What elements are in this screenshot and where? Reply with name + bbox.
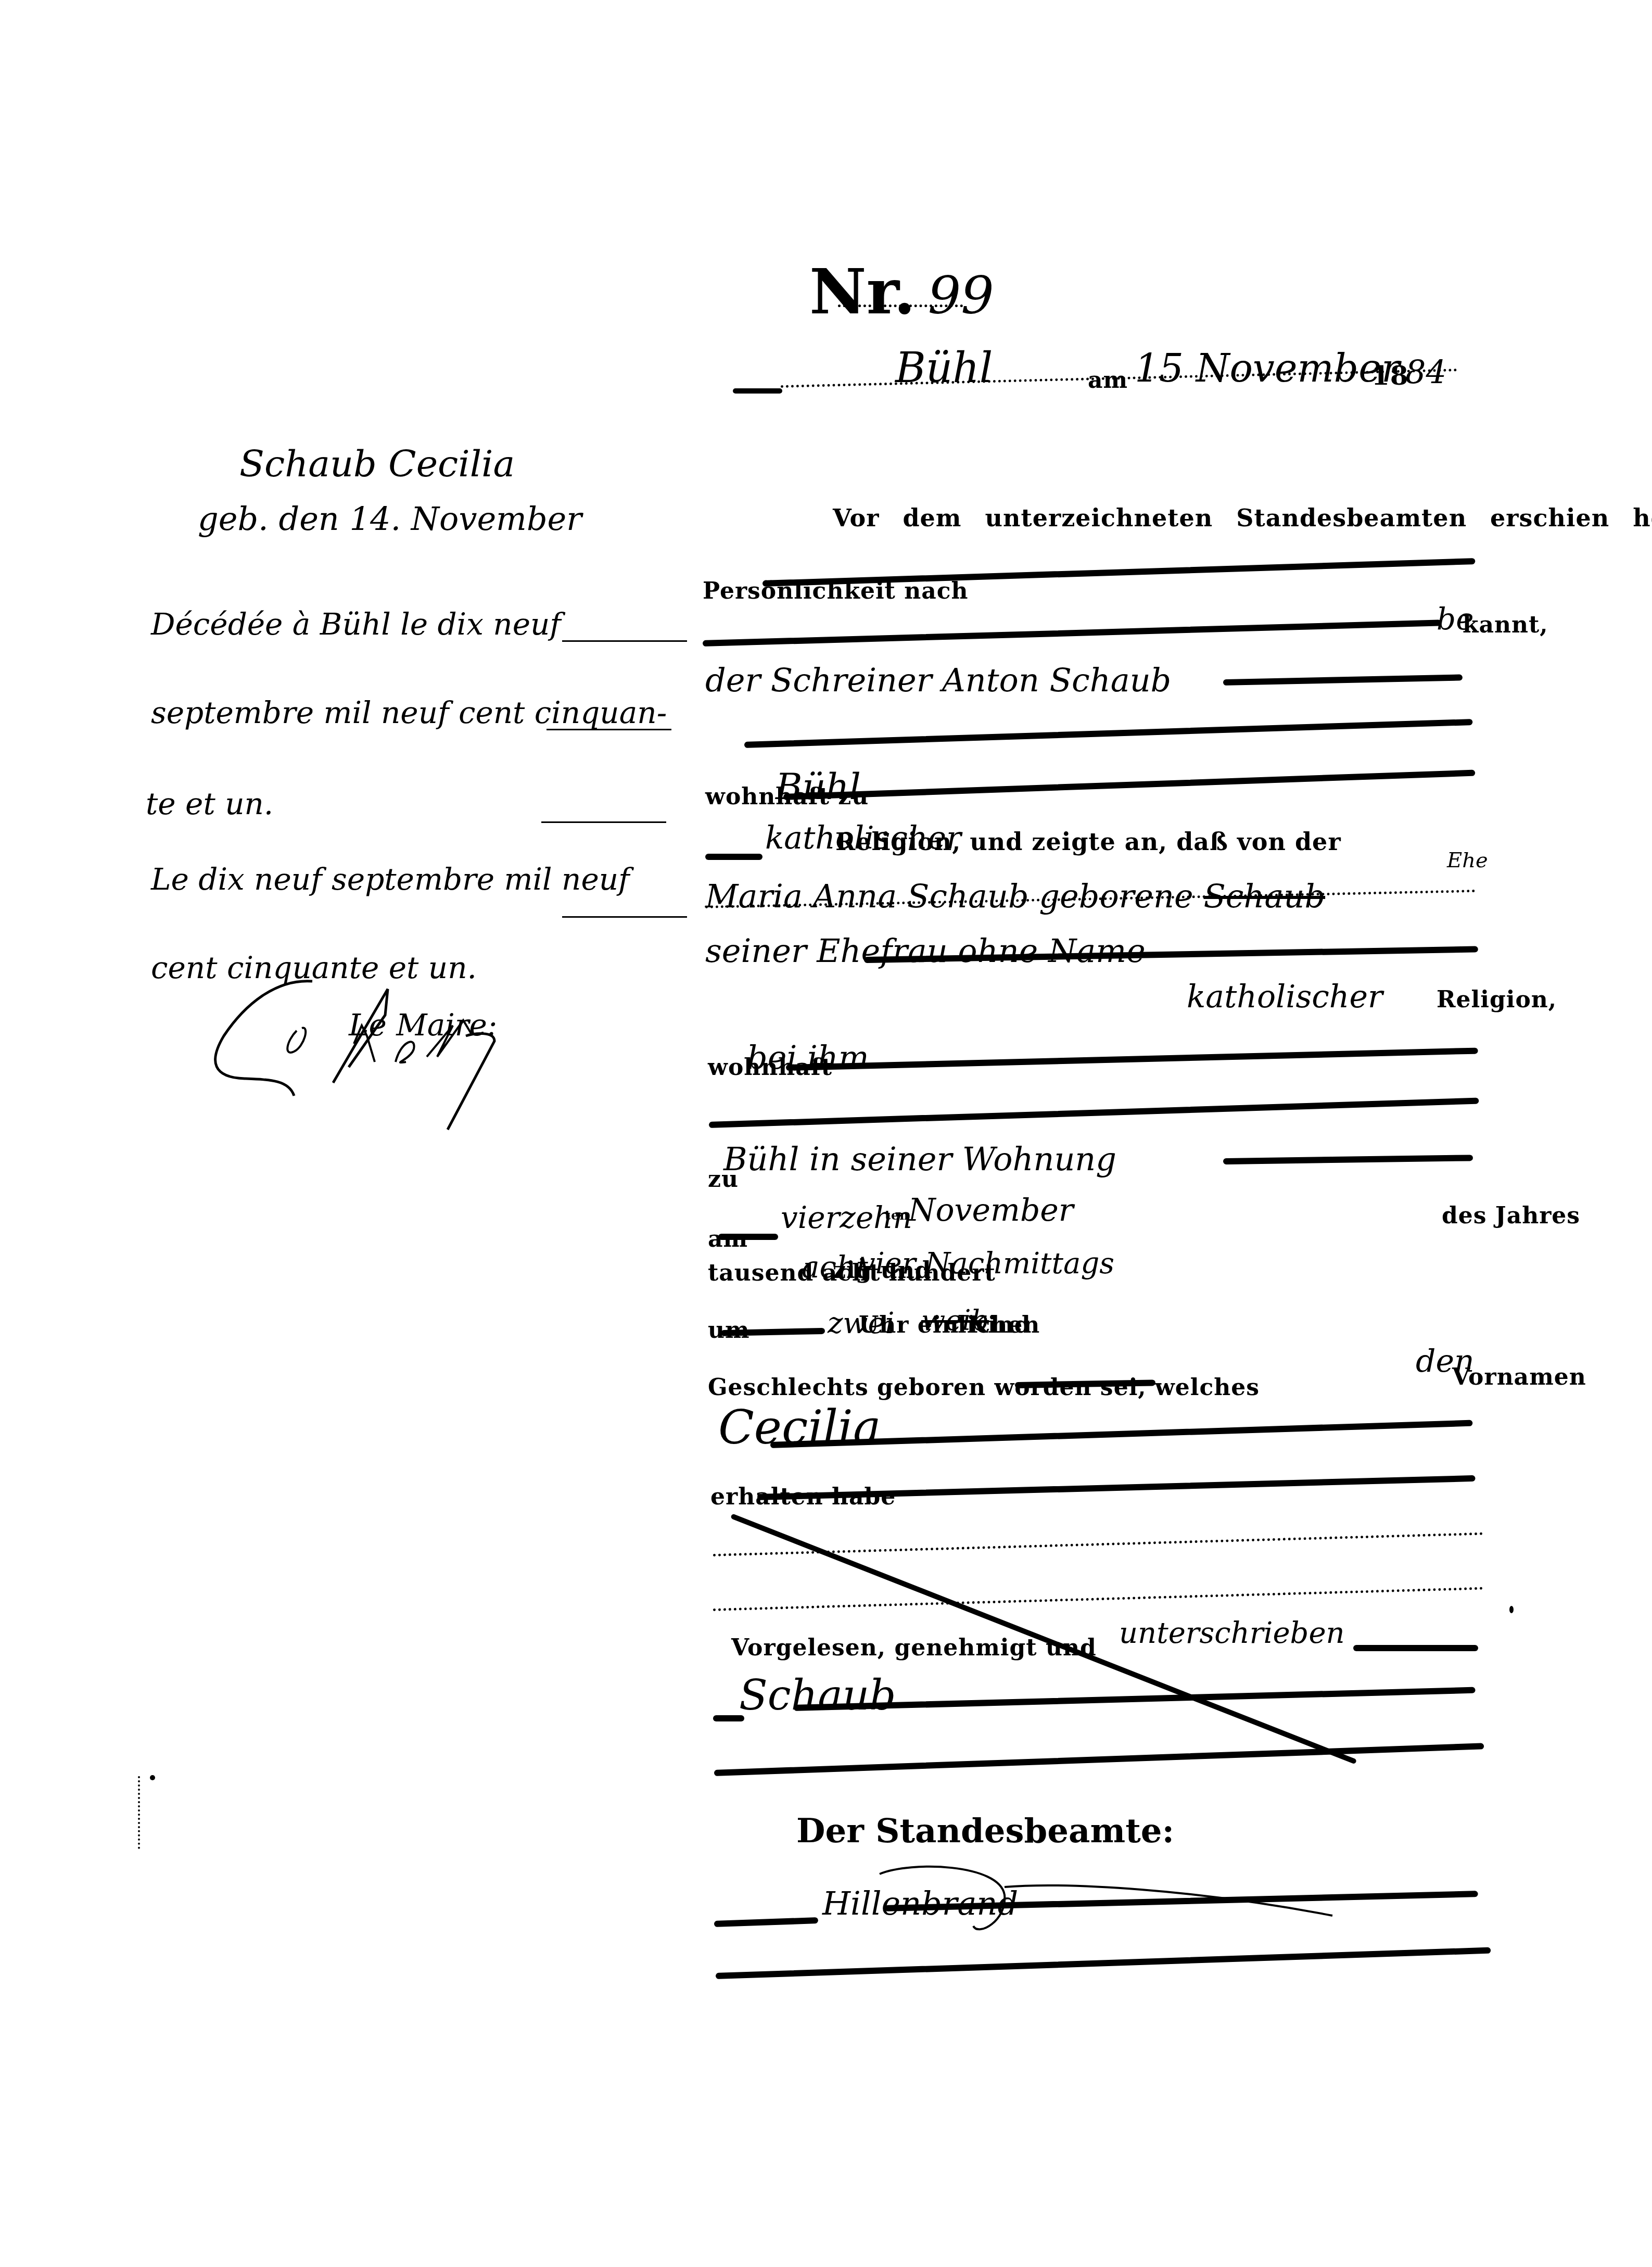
bekannt-fill-line <box>703 619 1442 647</box>
religion-2-label: Religion, <box>1437 986 1557 1013</box>
svg-text:C. Viell: C. Viell <box>182 958 184 958</box>
official-signature-line-left <box>714 1917 818 1927</box>
vorgelesen-fill-line <box>1353 1645 1478 1651</box>
time-of-day-value: vier Nachmittags <box>859 1247 1114 1281</box>
zu-fill-line <box>1223 1155 1473 1164</box>
ten-label: ten <box>885 1208 909 1223</box>
month-value: November <box>908 1192 1074 1229</box>
blank-fill-line-3 <box>714 1743 1484 1776</box>
margin-birth: geb. den 14. November <box>198 500 582 538</box>
scan-speck <box>138 1776 143 1849</box>
year-prefix: 18 <box>1371 360 1409 391</box>
declarant-signature: Schaub <box>739 1671 896 1719</box>
death-note-rule-4 <box>562 916 687 918</box>
date-value: 15 November <box>1135 346 1400 391</box>
geschlechts-label: Geschlechts geboren worden sei, welches <box>708 1374 1260 1401</box>
record-number: Nr. 99 <box>809 255 994 328</box>
vorgelesen-label: Vorgelesen, genehmigt und <box>731 1635 1097 1661</box>
record-number-value: 99 <box>928 265 994 326</box>
death-note-line-2: septembre mil neuf cent cinquan- <box>151 695 667 730</box>
zu-value: Bühl in seiner Wohnung <box>723 1140 1116 1178</box>
bekannt-label: kannt, <box>1463 612 1548 638</box>
death-note-rule-1 <box>562 640 687 642</box>
standesbeamte-label: Der Standesbeamte: <box>796 1812 1174 1851</box>
wohnhaft-2-fill-line <box>786 1048 1478 1071</box>
insert-above: Ehe <box>1447 848 1488 872</box>
declarant-signature-lead <box>713 1715 744 1721</box>
form-intro: Vor dem unterzeichneten Standesbeamten e… <box>833 504 1652 532</box>
lichen-label: lichen <box>958 1312 1040 1338</box>
wohnhaft-fill-line <box>783 770 1476 800</box>
scan-speck <box>1509 1606 1514 1613</box>
death-note-line-1: Décédée à Bühl le dix neuf <box>151 606 561 642</box>
death-note-line-3: te et un. <box>146 786 273 821</box>
religion-2-value: katholischer <box>1187 979 1383 1015</box>
blank-fill-line-1 <box>744 719 1473 748</box>
mother-name: Maria Anna Schaub geborene <box>705 877 1193 915</box>
mayor-signature: C. Viell <box>182 958 651 1156</box>
unterschrieben-value: unterschrieben <box>1119 1616 1345 1650</box>
header-underline <box>733 388 782 394</box>
record-number-dotted-line <box>838 305 963 307</box>
wohnhaft-value: Bühl <box>776 765 861 808</box>
record-number-label: Nr. <box>809 255 916 328</box>
religion-1-lead-line <box>705 854 763 860</box>
am-label: am <box>1088 367 1128 394</box>
wohnhaft-2-value: bei ihm <box>747 1038 869 1076</box>
jahres-label: des Jahres <box>1442 1202 1580 1229</box>
blank-dotted-line-2 <box>713 1587 1483 1611</box>
personlichkeit-fill-line <box>763 558 1476 587</box>
margin-name: Schaub Cecilia <box>239 442 515 485</box>
death-note-rule-2 <box>547 729 671 730</box>
am-lead-line <box>718 1234 778 1240</box>
declarant-value: der Schreiner Anton Schaub <box>705 661 1171 699</box>
blank-fill-line-2 <box>709 1098 1479 1128</box>
place-value: Bühl <box>895 344 993 392</box>
death-note-rule-3 <box>541 821 666 823</box>
mother-line-2: seiner Ehefrau ohne Name <box>705 932 1146 970</box>
vornamen-label: Vornamen <box>1452 1364 1586 1390</box>
blank-fill-line-4 <box>716 1947 1491 1979</box>
death-note-line-4: Le dix neuf septembre mil neuf <box>151 862 630 897</box>
religion-1-text: Religion, und zeigte an, daß von der <box>835 828 1341 856</box>
scan-speck <box>150 1775 155 1780</box>
declarant-fill-line <box>1223 674 1463 686</box>
